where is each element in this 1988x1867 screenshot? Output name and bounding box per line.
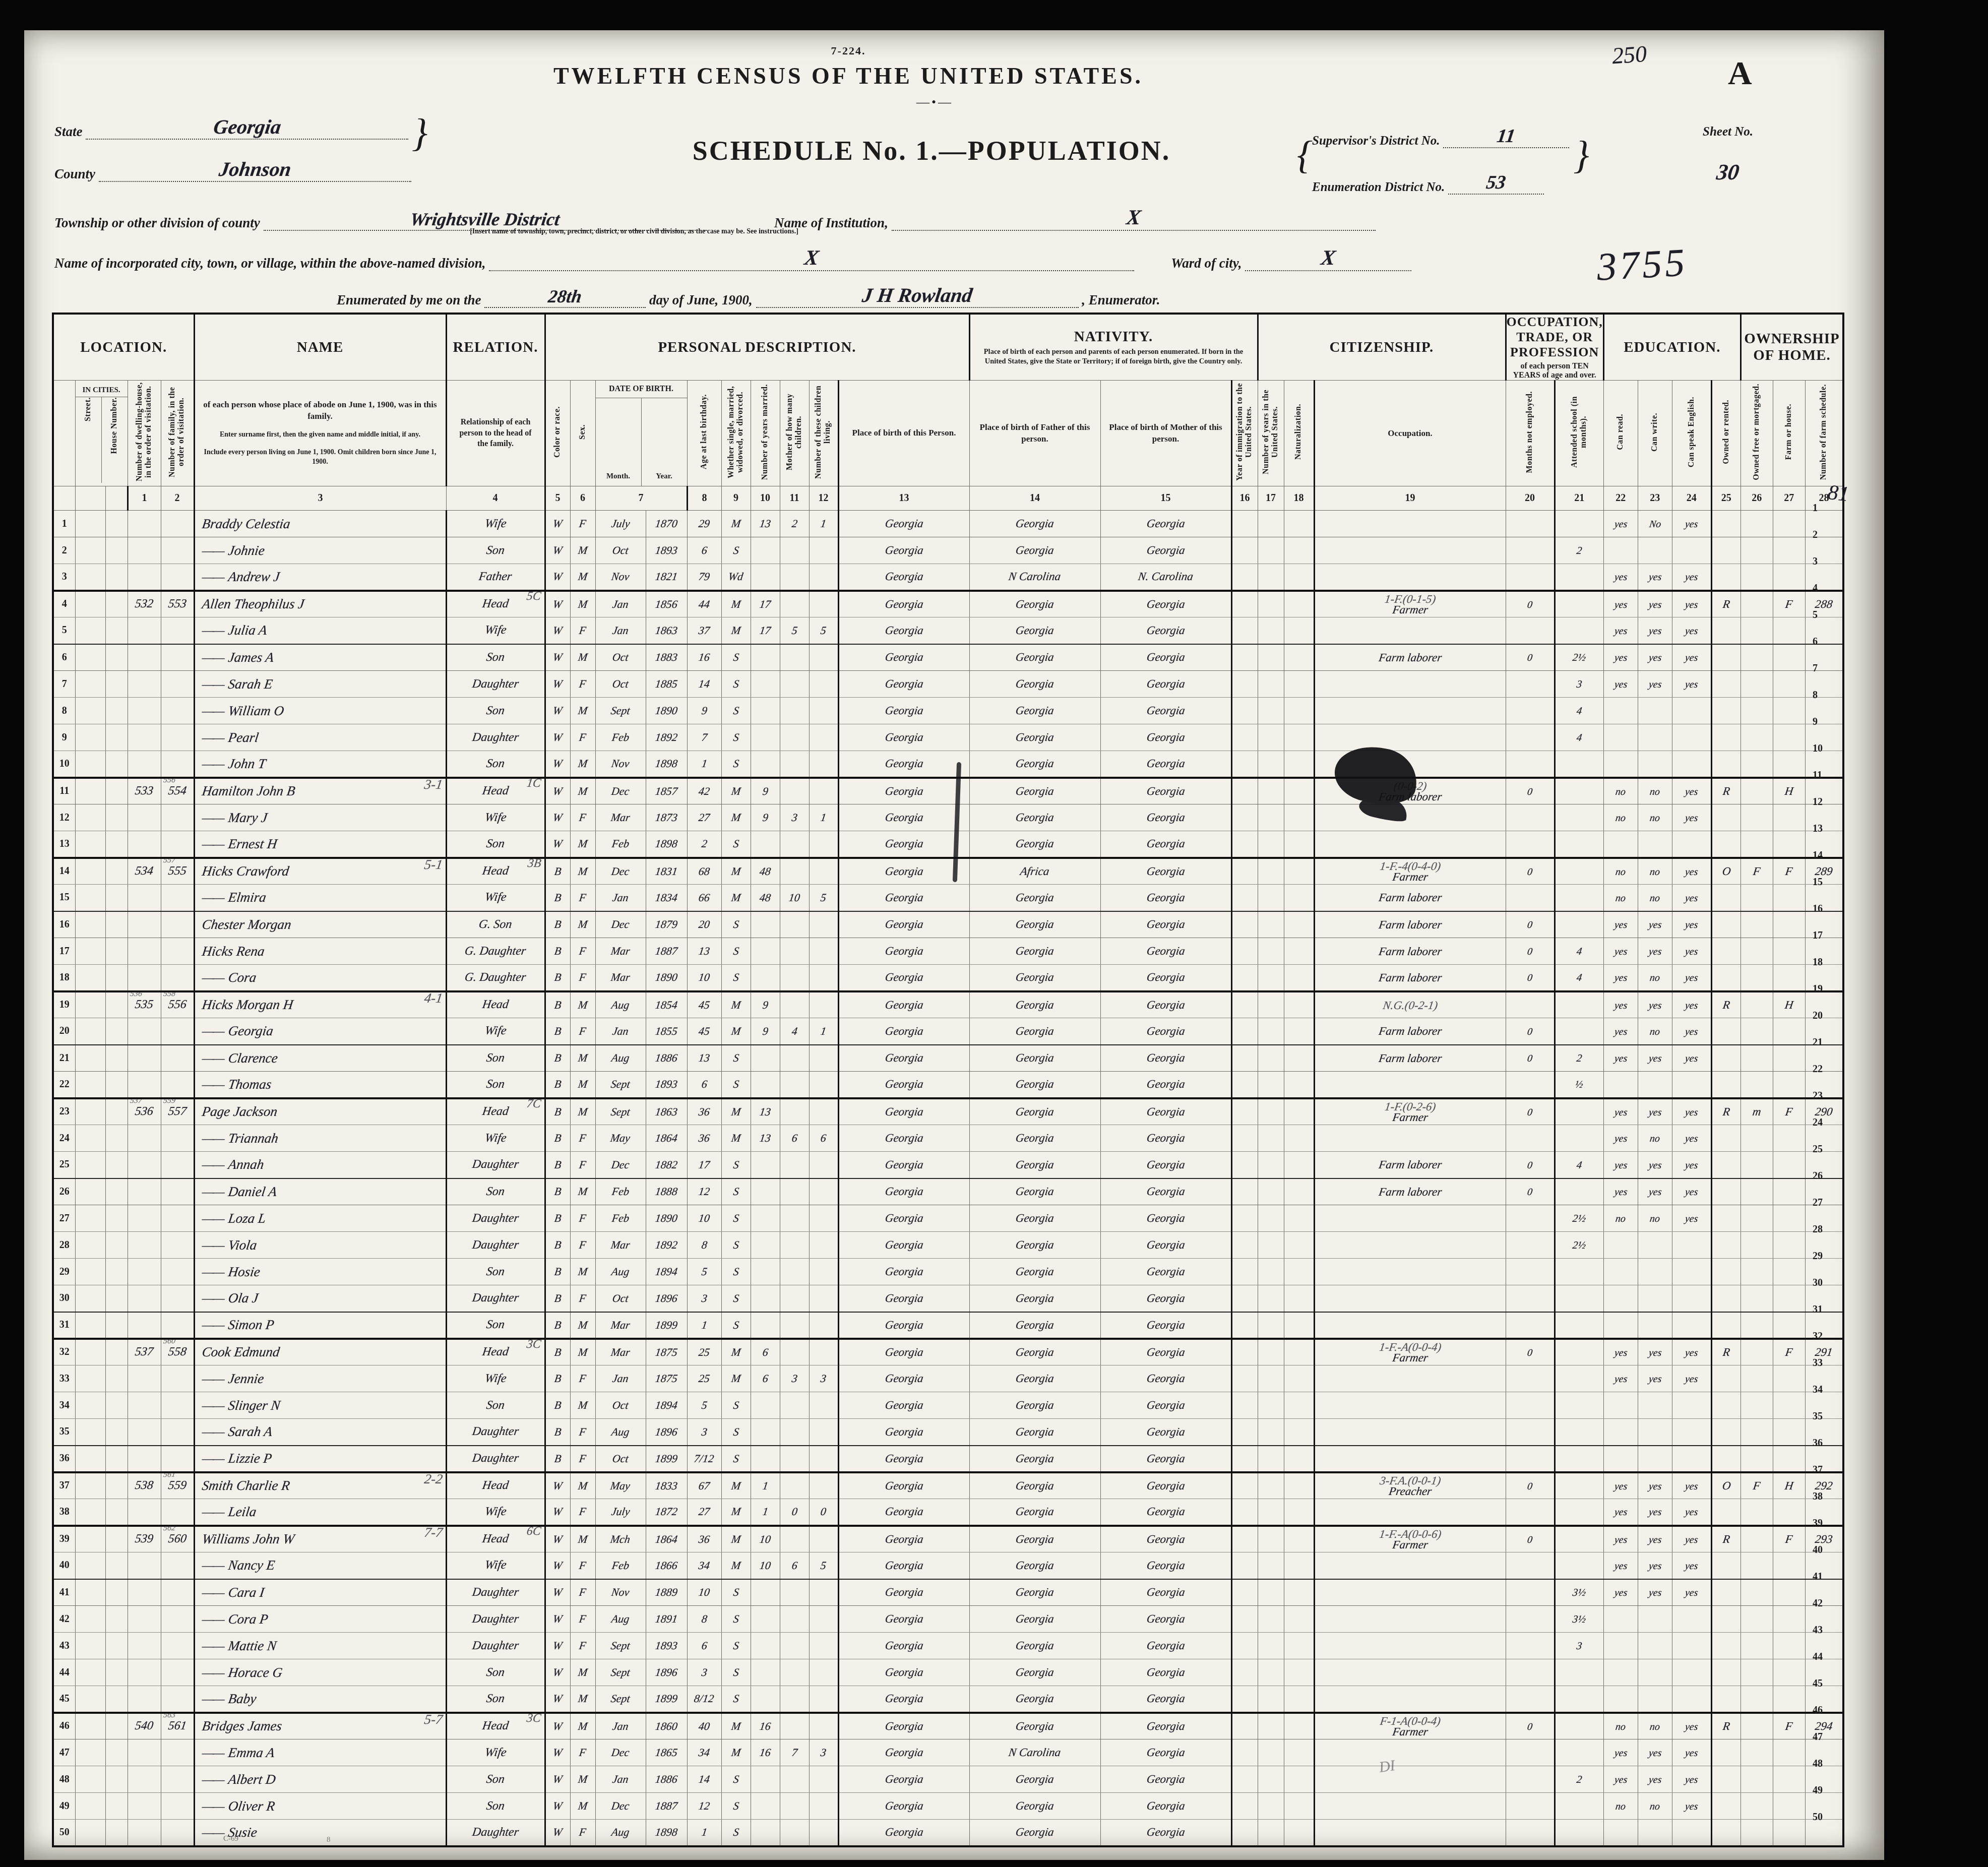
cell-years-married: 9 <box>751 804 780 831</box>
cell-dwelling-number <box>128 671 161 698</box>
cell-dwelling-number <box>128 911 161 938</box>
cell-mother-of-children <box>780 1446 809 1472</box>
cell-can-speak-english <box>1672 724 1711 751</box>
person-row-31: 31——Simon PSonBMMar18991SGeorgiaGeorgiaG… <box>53 1312 1843 1339</box>
cell-occupation <box>1314 511 1506 537</box>
cell-pob-mother: Georgia <box>1100 1018 1231 1045</box>
cell-immigration-year <box>1231 778 1258 804</box>
cell-free-or-mortgaged: m <box>1741 1098 1773 1125</box>
cell-street <box>75 1793 105 1820</box>
cell-name: ——Julia A <box>194 617 446 644</box>
cell-pob-mother: Georgia <box>1100 1312 1231 1339</box>
cell-color: W <box>545 1820 570 1846</box>
line-number-right: 16 <box>1813 896 1843 922</box>
cell-marital-status: S <box>721 965 751 991</box>
cell-birth-year: 1898 <box>646 751 687 778</box>
cell-street <box>75 751 105 778</box>
line-number-right: 24 <box>1813 1109 1843 1136</box>
cell-pob-person: Georgia <box>838 858 969 885</box>
line-number-right: 7 <box>1813 655 1843 682</box>
cell-immigration-year <box>1231 1152 1258 1178</box>
cell-pob-person: Georgia <box>838 1659 969 1686</box>
cell-color: B <box>545 1125 570 1152</box>
cell-can-speak-english: yes <box>1672 644 1711 671</box>
ornament-divider: —•— <box>916 95 953 110</box>
cell-birth-month: Jan <box>595 885 646 911</box>
column-number-13: 13 <box>838 486 969 511</box>
family-vertical-text: Number of family, in the order of visita… <box>168 382 187 482</box>
sheet-no-label: Sheet No. <box>1703 125 1753 139</box>
cell-age: 37 <box>687 617 721 644</box>
cell-attended-school <box>1555 831 1603 858</box>
cell-dwelling-number: 540 <box>128 1713 161 1739</box>
cell-naturalization <box>1284 671 1314 698</box>
cell-months-not-employed <box>1506 1259 1555 1285</box>
line-number-right: 48 <box>1813 1751 1843 1777</box>
cell-birth-month: Oct <box>595 644 646 671</box>
cell-naturalization <box>1284 617 1314 644</box>
cell-dwelling-number <box>128 1419 161 1446</box>
cell-street <box>75 1259 105 1285</box>
cell-mother-of-children <box>780 1098 809 1125</box>
cell-family-number: 558556 <box>161 991 194 1018</box>
cell-name: ——Simon P <box>194 1312 446 1339</box>
cell-age: 67 <box>687 1472 721 1499</box>
cell-street <box>75 1713 105 1739</box>
person-row-20: 20——GeorgiaWifeBFJan185545M941GeorgiaGeo… <box>53 1018 1843 1045</box>
cell-can-write <box>1638 751 1672 778</box>
cell-naturalization <box>1284 1659 1314 1686</box>
cell-attended-school <box>1555 1125 1603 1152</box>
cell-pob-father: Georgia <box>969 778 1100 804</box>
enumerated-mid: day of June, 1900, <box>649 292 753 307</box>
line-number-left: 32 <box>53 1339 75 1365</box>
cell-relation: Son <box>446 1686 545 1713</box>
col-marital-label: Whether single, married, widowed, or div… <box>721 381 751 486</box>
cell-marital-status: S <box>721 1312 751 1339</box>
cell-marital-status: M <box>721 511 751 537</box>
cell-mother-of-children <box>780 1419 809 1446</box>
cell-immigration-year <box>1231 564 1258 591</box>
cell-pob-father: Africa <box>969 858 1100 885</box>
col-english-label: Can speak English. <box>1672 381 1711 486</box>
cell-naturalization <box>1284 1392 1314 1419</box>
cell-birth-month: Oct <box>595 671 646 698</box>
cell-months-not-employed <box>1506 1766 1555 1793</box>
cell-months-not-employed <box>1506 1072 1555 1098</box>
cell-birth-month: Sept <box>595 1633 646 1659</box>
cell-occupation <box>1314 1739 1506 1766</box>
cell-dwelling-number <box>128 511 161 537</box>
cell-birth-year: 1833 <box>646 1472 687 1499</box>
cell-naturalization <box>1284 591 1314 617</box>
cell-pob-mother: Georgia <box>1100 1552 1231 1579</box>
column-number-17: 17 <box>1258 486 1284 511</box>
group-location: LOCATION. <box>53 314 194 381</box>
cell-years-in-us <box>1258 751 1284 778</box>
cell-color: B <box>545 885 570 911</box>
cell-mother-of-children <box>780 938 809 965</box>
cell-sex: F <box>570 1446 595 1472</box>
person-row-47: 47——Emma AWifeWFDec186534M1673GeorgiaN C… <box>53 1739 1843 1766</box>
cell-color: W <box>545 751 570 778</box>
line-number-left: 39 <box>53 1526 75 1552</box>
pencil-mark: DI <box>1378 1757 1396 1776</box>
cell-pob-mother: Georgia <box>1100 885 1231 911</box>
cell-pob-father: Georgia <box>969 1499 1100 1526</box>
cell-sex: M <box>570 831 595 858</box>
cell-years-married: 9 <box>751 1018 780 1045</box>
col-family-label: Number of family, in the order of visita… <box>161 381 194 486</box>
cell-can-speak-english: yes <box>1672 965 1711 991</box>
cell-can-speak-english: yes <box>1672 1205 1711 1232</box>
cell-birth-year: 1831 <box>646 858 687 885</box>
cell-age: 10 <box>687 1579 721 1606</box>
cell-street <box>75 1098 105 1125</box>
cell-occupation: Farm laborer <box>1314 1018 1506 1045</box>
cell-street <box>75 1152 105 1178</box>
cell-free-or-mortgaged <box>1741 1446 1773 1472</box>
cell-owned-or-rented <box>1711 1820 1741 1846</box>
cell-free-or-mortgaged <box>1741 1045 1773 1072</box>
cell-age: 36 <box>687 1526 721 1552</box>
cell-immigration-year <box>1231 965 1258 991</box>
col-house-number-label: House Number. <box>110 397 119 454</box>
column-number-2: 2 <box>161 486 194 511</box>
line-number-left: 17 <box>53 938 75 965</box>
cell-occupation <box>1314 617 1506 644</box>
cell-can-read: yes <box>1603 1018 1638 1045</box>
cell-sex: F <box>570 1152 595 1178</box>
cell-free-or-mortgaged <box>1741 938 1773 965</box>
cell-relation: Daughter <box>446 1285 545 1312</box>
cell-dwelling-number <box>128 1739 161 1766</box>
cell-birth-month: Jan <box>595 1365 646 1392</box>
cell-months-not-employed: 0 <box>1506 1098 1555 1125</box>
col-school-label: Attended school (in months). <box>1555 381 1603 486</box>
cell-mother-of-children <box>780 965 809 991</box>
cell-marital-status: M <box>721 591 751 617</box>
col-color-label: Color or race. <box>545 381 570 486</box>
cell-owned-or-rented <box>1711 537 1741 564</box>
cell-birth-year: 1865 <box>646 1739 687 1766</box>
cell-street <box>75 1606 105 1633</box>
cell-can-speak-english: yes <box>1672 1018 1711 1045</box>
col-dwelling-label: Number of dwelling-house, in the order o… <box>128 381 161 486</box>
cell-color: W <box>545 1659 570 1686</box>
cell-years-married: 17 <box>751 617 780 644</box>
enumerated-suffix: , Enumerator. <box>1082 292 1160 307</box>
person-row-12: 12——Mary JWifeWFMar187327M931GeorgiaGeor… <box>53 804 1843 831</box>
cell-dwelling-number <box>128 617 161 644</box>
cell-can-speak-english: yes <box>1672 1365 1711 1392</box>
cell-owned-or-rented: O <box>1711 858 1741 885</box>
cell-naturalization <box>1284 1633 1314 1659</box>
cell-years-married <box>751 644 780 671</box>
cell-can-write: no <box>1638 804 1672 831</box>
cell-owned-or-rented <box>1711 831 1741 858</box>
cell-name: ——Mattie N <box>194 1633 446 1659</box>
cell-naturalization <box>1284 1178 1314 1205</box>
cell-owned-or-rented <box>1711 1205 1741 1232</box>
cell-birth-year: 1864 <box>646 1125 687 1152</box>
cell-years-in-us <box>1258 885 1284 911</box>
line-number-right: 10 <box>1813 735 1843 762</box>
cell-name: ——Emma A <box>194 1739 446 1766</box>
cell-birth-year: 1889 <box>646 1579 687 1606</box>
cell-owned-or-rented <box>1711 698 1741 724</box>
cell-naturalization <box>1284 938 1314 965</box>
cell-children-living <box>809 1098 838 1125</box>
cell-can-write <box>1638 1285 1672 1312</box>
cell-immigration-year <box>1231 885 1258 911</box>
cell-can-speak-english: yes <box>1672 1526 1711 1552</box>
cell-family-number <box>161 1419 194 1446</box>
cell-children-living <box>809 911 838 938</box>
cell-occupation: Farm laborer <box>1314 885 1506 911</box>
cell-marital-status: S <box>721 1820 751 1846</box>
cell-house-number <box>105 1606 128 1633</box>
cell-immigration-year <box>1231 751 1258 778</box>
cell-name: ——Triannah <box>194 1125 446 1152</box>
cell-attended-school <box>1555 1419 1603 1446</box>
cell-can-speak-english: yes <box>1672 1579 1711 1606</box>
cell-name: ——John T <box>194 751 446 778</box>
person-row-18: 18——CoraG. DaughterBFMar189010SGeorgiaGe… <box>53 965 1843 991</box>
cell-color: B <box>545 911 570 938</box>
cell-years-in-us <box>1258 1339 1284 1365</box>
cell-pob-person: Georgia <box>838 804 969 831</box>
cell-owned-or-rented <box>1711 885 1741 911</box>
cell-pob-person: Georgia <box>838 938 969 965</box>
cell-owned-or-rented <box>1711 1499 1741 1526</box>
person-row-9: 9——PearlDaughterWFFeb18927SGeorgiaGeorgi… <box>53 724 1843 751</box>
cell-can-speak-english: yes <box>1672 564 1711 591</box>
cell-birth-year: 1893 <box>646 1072 687 1098</box>
cell-immigration-year <box>1231 1739 1258 1766</box>
cell-immigration-year <box>1231 1633 1258 1659</box>
cell-age: 13 <box>687 938 721 965</box>
cell-birth-year: 1873 <box>646 804 687 831</box>
line-number-right: 11 <box>1813 762 1843 789</box>
cell-street <box>75 1659 105 1686</box>
cell-birth-month: Mar <box>595 804 646 831</box>
enumerated-field: Enumerated by me on the 28th day of June… <box>337 283 1160 308</box>
cell-pob-father: Georgia <box>969 1072 1100 1098</box>
cell-birth-month: Mar <box>595 1339 646 1365</box>
cell-months-not-employed <box>1506 511 1555 537</box>
cell-occupation <box>1314 1446 1506 1472</box>
cell-name: Page Jackson <box>194 1098 446 1125</box>
cell-mother-of-children: 2 <box>780 511 809 537</box>
cell-years-in-us <box>1258 671 1284 698</box>
cell-pob-mother: Georgia <box>1100 751 1231 778</box>
cell-naturalization <box>1284 885 1314 911</box>
group-ownership: OWNERSHIP OF HOME. <box>1741 314 1843 381</box>
header-in-cities: IN CITIES. Street. House Number. <box>75 381 128 486</box>
cell-sex: M <box>570 1259 595 1285</box>
cell-can-speak-english <box>1672 1072 1711 1098</box>
cell-free-or-mortgaged <box>1741 1178 1773 1205</box>
col-months-not-employed-label: Months not employed. <box>1506 381 1555 486</box>
cell-children-living <box>809 1686 838 1713</box>
cell-years-in-us <box>1258 1820 1284 1846</box>
person-row-35: 35——Sarah ADaughterBFAug18963SGeorgiaGeo… <box>53 1419 1843 1446</box>
cell-relation: Daughter <box>446 1232 545 1259</box>
cell-pob-father: Georgia <box>969 1633 1100 1659</box>
cell-years-in-us <box>1258 1232 1284 1259</box>
column-number-3: 3 <box>194 486 446 511</box>
cell-age: 5 <box>687 1259 721 1285</box>
cell-sex: F <box>570 617 595 644</box>
cell-age: 6 <box>687 1633 721 1659</box>
cell-pob-person: Georgia <box>838 1285 969 1312</box>
group-occupation-title: OCCUPATION, TRADE, OR PROFESSION <box>1507 315 1603 360</box>
group-name: NAME <box>194 314 446 381</box>
cell-house-number <box>105 911 128 938</box>
cell-years-in-us <box>1258 1072 1284 1098</box>
cell-years-in-us <box>1258 778 1284 804</box>
cell-pob-person: Georgia <box>838 751 969 778</box>
cell-can-write: yes <box>1638 1045 1672 1072</box>
cell-free-or-mortgaged <box>1741 1499 1773 1526</box>
cell-marital-status: M <box>721 1526 751 1552</box>
cell-pob-father: Georgia <box>969 1766 1100 1793</box>
cell-free-or-mortgaged <box>1741 1285 1773 1312</box>
cell-family-number <box>161 1552 194 1579</box>
cell-naturalization <box>1284 1606 1314 1633</box>
cell-children-living <box>809 724 838 751</box>
cell-birth-month: Mar <box>595 938 646 965</box>
cell-relation: Wife <box>446 617 545 644</box>
cell-attended-school <box>1555 591 1603 617</box>
cell-years-married <box>751 1446 780 1472</box>
cell-name: ——Viola <box>194 1232 446 1259</box>
cell-marital-status: M <box>721 1365 751 1392</box>
cell-occupation <box>1314 1232 1506 1259</box>
cell-can-write: no <box>1638 778 1672 804</box>
cell-age: 12 <box>687 1178 721 1205</box>
cell-can-speak-english: yes <box>1672 1552 1711 1579</box>
cell-can-read: yes <box>1603 1125 1638 1152</box>
cell-occupation <box>1314 1793 1506 1820</box>
enumerated-day: 28th <box>547 286 583 307</box>
cell-years-in-us <box>1258 1312 1284 1339</box>
cell-pob-person: Georgia <box>838 1820 969 1846</box>
cell-farm-or-house <box>1773 965 1805 991</box>
cell-house-number <box>105 1392 128 1419</box>
cell-dwelling-number <box>128 1072 161 1098</box>
cell-sex: M <box>570 778 595 804</box>
cell-relation: Son <box>446 1392 545 1419</box>
cell-can-write: yes <box>1638 1098 1672 1125</box>
cell-dwelling-number: 536535 <box>128 991 161 1018</box>
cell-street <box>75 1686 105 1713</box>
cell-marital-status: S <box>721 671 751 698</box>
cell-occupation: Farm laborer <box>1314 1045 1506 1072</box>
cell-pob-father: Georgia <box>969 1659 1100 1686</box>
cell-dwelling-number <box>128 1499 161 1526</box>
cell-farm-or-house <box>1773 1285 1805 1312</box>
cell-years-in-us <box>1258 1526 1284 1552</box>
cell-immigration-year <box>1231 671 1258 698</box>
cell-relation: Head6C <box>446 1526 545 1552</box>
cell-house-number <box>105 1072 128 1098</box>
cell-mother-of-children <box>780 1312 809 1339</box>
cell-street <box>75 1499 105 1526</box>
line-number-right: 38 <box>1813 1483 1843 1510</box>
cell-years-married <box>751 1178 780 1205</box>
cell-years-in-us <box>1258 724 1284 751</box>
cell-can-read <box>1603 1606 1638 1633</box>
cell-naturalization <box>1284 1339 1314 1365</box>
cell-birth-month: Jan <box>595 1766 646 1793</box>
cell-children-living: 1 <box>809 511 838 537</box>
cell-birth-month: Dec <box>595 778 646 804</box>
cell-years-in-us <box>1258 1419 1284 1446</box>
cell-street <box>75 831 105 858</box>
cell-relation: Wife <box>446 885 545 911</box>
column-number-7: 7 <box>595 486 687 511</box>
cell-can-speak-english <box>1672 1446 1711 1472</box>
cell-sex: M <box>570 591 595 617</box>
cell-family-number: 559557 <box>161 1098 194 1125</box>
cell-years-in-us <box>1258 1686 1284 1713</box>
cell-age: 10 <box>687 965 721 991</box>
enumerator-signature: J H Rowland <box>860 283 973 307</box>
person-row-28: 28——ViolaDaughterBFMar18928SGeorgiaGeorg… <box>53 1232 1843 1259</box>
column-number-4: 4 <box>446 486 545 511</box>
cell-street <box>75 804 105 831</box>
cell-pob-father: Georgia <box>969 1045 1100 1072</box>
cell-immigration-year <box>1231 991 1258 1018</box>
cell-occupation <box>1314 804 1506 831</box>
cell-can-speak-english: yes <box>1672 1125 1711 1152</box>
cell-free-or-mortgaged <box>1741 644 1773 671</box>
line-number-left: 33 <box>53 1365 75 1392</box>
cell-owned-or-rented: R <box>1711 1713 1741 1739</box>
cell-can-read: yes <box>1603 1365 1638 1392</box>
cell-attended-school <box>1555 1713 1603 1739</box>
state-field: State Georgia } <box>54 115 427 140</box>
cell-name: Hicks Rena <box>194 938 446 965</box>
cell-farm-or-house <box>1773 1820 1805 1846</box>
col-dob-label: DATE OF BIRTH. Month. Year. <box>595 381 687 486</box>
cell-name: ——Georgia <box>194 1018 446 1045</box>
cell-family-number <box>161 1579 194 1606</box>
cell-attended-school <box>1555 1365 1603 1392</box>
cell-birth-month: Oct <box>595 1446 646 1472</box>
line-number-right: 19 <box>1813 976 1843 1003</box>
cell-immigration-year <box>1231 537 1258 564</box>
cell-naturalization <box>1284 644 1314 671</box>
cell-free-or-mortgaged <box>1741 751 1773 778</box>
cell-occupation <box>1314 1579 1506 1606</box>
cell-birth-year: 1898 <box>646 1820 687 1846</box>
cell-free-or-mortgaged <box>1741 698 1773 724</box>
cell-naturalization <box>1284 1793 1314 1820</box>
cell-occupation <box>1314 1499 1506 1526</box>
cell-years-in-us <box>1258 1178 1284 1205</box>
cell-house-number <box>105 751 128 778</box>
cell-occupation: 1-F.-A(0-0-4)Farmer <box>1314 1339 1506 1365</box>
cell-pob-person: Georgia <box>838 511 969 537</box>
cell-immigration-year <box>1231 1659 1258 1686</box>
cell-months-not-employed <box>1506 1686 1555 1713</box>
cell-age: 79 <box>687 564 721 591</box>
cell-birth-year: 1857 <box>646 778 687 804</box>
cell-family-number <box>161 724 194 751</box>
